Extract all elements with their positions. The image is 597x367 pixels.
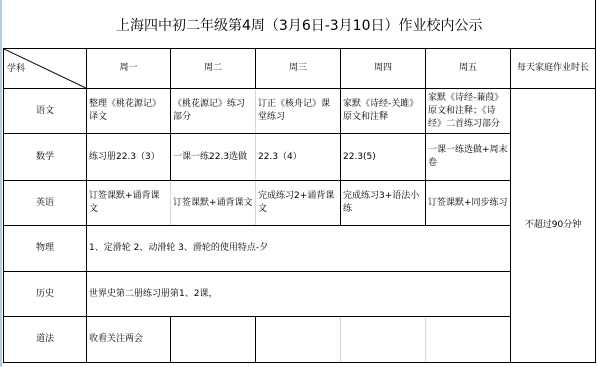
table-row: 物理 1、定滑轮 2、动滑轮 3、滑轮的使用特点-夕: [4, 226, 596, 272]
day-header-fri: 周五: [426, 49, 511, 89]
day-header-thu: 周四: [341, 49, 426, 89]
cell: 完成练习3+语法小练: [341, 181, 426, 226]
subject-chinese: 语文: [4, 89, 87, 134]
cell: 22.3（4）: [256, 134, 341, 181]
duration-value: 不超过90分钟: [511, 89, 596, 363]
subject-header-cell: 学科: [4, 49, 87, 89]
cell: 《桃花源记》练习部分: [171, 89, 256, 134]
table-row: 数学 练习册22.3（3） 一课一练22.3选做 22.3（4） 22.3(5)…: [4, 134, 596, 181]
table-row: 英语 订签课默+诵背课文 订签课默+诵背课文 完成练习2+诵背课文 完成练习3+…: [4, 181, 596, 226]
cell: 整理《桃花源记》译文: [87, 89, 171, 134]
cell: 家默《诗经-蒹葭》原文和注释；《诗经》二首练习部分: [426, 89, 511, 134]
page-title: 上海四中初二年级第4周（3月6日-3月10日）作业校内公示: [4, 0, 596, 49]
merged-cell: 世界史第二册练习册第1、2课，: [87, 272, 511, 317]
cell: [341, 317, 426, 363]
cell: 一课一练选做+周末卷: [426, 134, 511, 181]
cell: 订正《核舟记》课堂练习: [256, 89, 341, 134]
subject-history: 历史: [4, 272, 87, 317]
cell: [426, 317, 511, 363]
subject-morality-law: 道法: [4, 317, 87, 363]
day-header-tue: 周二: [171, 49, 256, 89]
cell: 22.3(5): [341, 134, 426, 181]
table-row: 道法 收看关注两会: [4, 317, 596, 363]
subject-math: 数学: [4, 134, 87, 181]
merged-cell: 1、定滑轮 2、动滑轮 3、滑轮的使用特点-夕: [87, 226, 511, 272]
cell: 订签课默+同步练习: [426, 181, 511, 226]
day-header-mon: 周一: [87, 49, 171, 89]
cell: [256, 317, 341, 363]
cell: 一课一练22.3选做: [171, 134, 256, 181]
subject-header: 学科: [7, 63, 25, 76]
cell: 订签课默+诵背课文: [171, 181, 256, 226]
subject-physics: 物理: [4, 226, 87, 272]
left-edge: [0, 0, 2, 367]
cell: 订签课默+诵背课文: [87, 181, 171, 226]
homework-table: 上海四中初二年级第4周（3月6日-3月10日）作业校内公示 学科 周一 周二 周…: [3, 0, 596, 363]
table-row: 语文 整理《桃花源记》译文 《桃花源记》练习部分 订正《核舟记》课堂练习 家默《…: [4, 89, 596, 134]
table-row: 历史 世界史第二册练习册第1、2课，: [4, 272, 596, 317]
cell: 完成练习2+诵背课文: [256, 181, 341, 226]
duration-header: 每天家庭作业时长: [511, 49, 596, 89]
cell: [171, 317, 256, 363]
cell: 收看关注两会: [87, 317, 171, 363]
cell: 家默《诗经-关雎》原文和注释: [341, 89, 426, 134]
subject-english: 英语: [4, 181, 87, 226]
cell: 练习册22.3（3）: [87, 134, 171, 181]
day-header-wed: 周三: [256, 49, 341, 89]
